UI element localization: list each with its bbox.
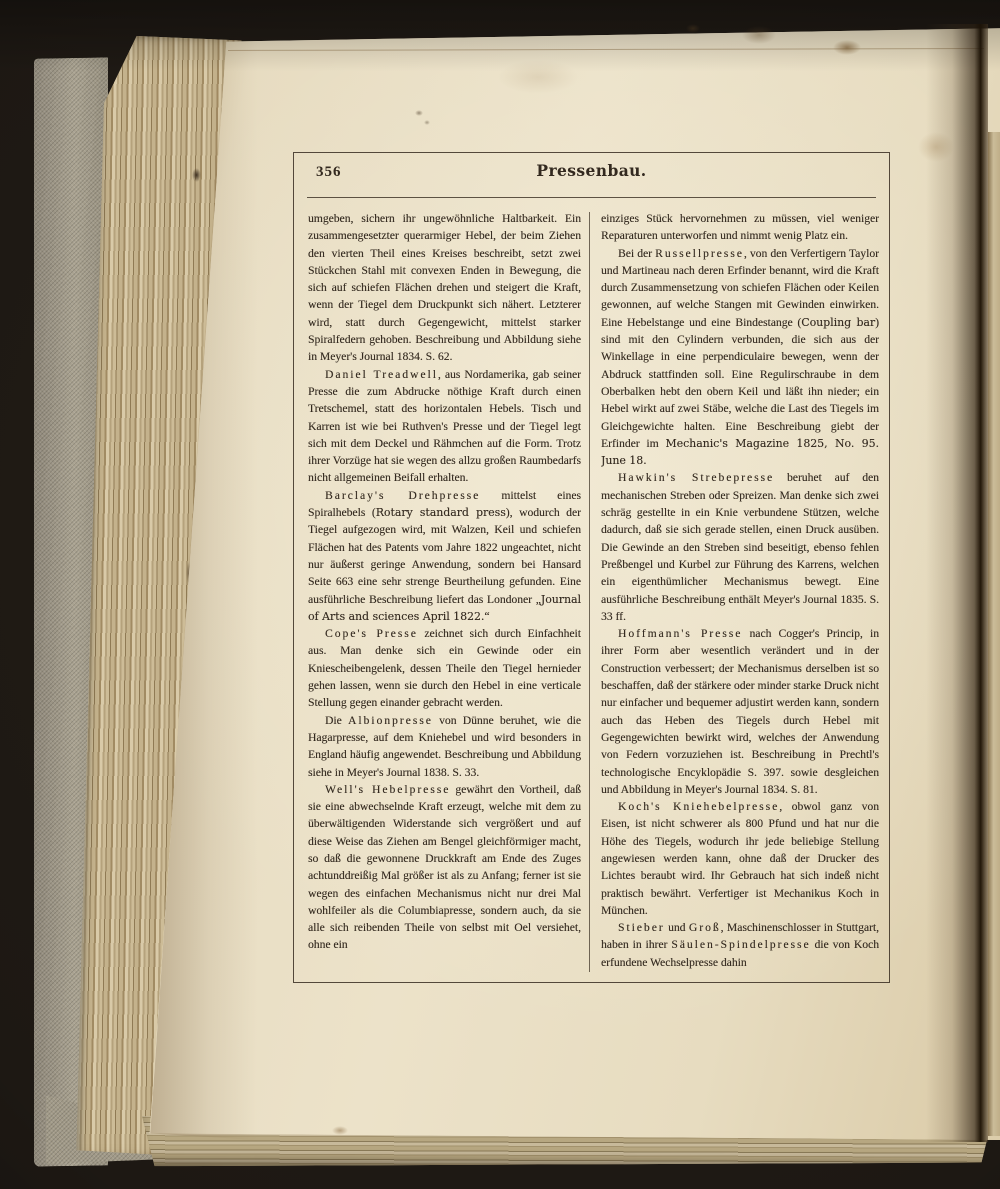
text-run: Die xyxy=(325,714,348,727)
spaced-name: Koch's Kniehebelpresse xyxy=(618,800,779,813)
paragraph: Daniel Treadwell, aus Nordamerika, gab s… xyxy=(308,366,581,487)
spaced-name: Cope's Presse xyxy=(325,627,418,640)
antiqua-run: Rotary standard press xyxy=(376,506,506,519)
paragraph: einziges Stück hervornehmen zu müssen, v… xyxy=(601,210,879,245)
spaced-name: Well's Hebelpresse xyxy=(325,783,450,796)
text-run: “ xyxy=(484,610,489,623)
paragraph: Barclay's Drehpresse mittelst eines Spir… xyxy=(308,487,581,625)
antiqua-run: Coupling bar xyxy=(801,316,875,329)
text-run: , obwol ganz von Eisen, ist nicht schwer… xyxy=(601,800,879,917)
column-right: einziges Stück hervornehmen zu müssen, v… xyxy=(601,210,879,977)
spaced-name: Groß xyxy=(689,921,721,934)
text-run: ) sind mit den Cylindern verbunden, die … xyxy=(601,316,879,450)
text-run: beruhet auf den mechanischen Streben ode… xyxy=(601,471,879,622)
spaced-name: Hoffmann's Presse xyxy=(618,627,742,640)
paragraph: Stieber und Groß, Maschinenschlosser in … xyxy=(601,919,879,971)
stain-spot xyxy=(192,168,201,182)
text-run: Bei der xyxy=(618,247,655,260)
running-title: Pressenbau. xyxy=(294,162,889,180)
facing-page-edge xyxy=(988,132,1000,1136)
spaced-name: Hawkin's Strebepresse xyxy=(618,471,774,484)
paragraph: Well's Hebelpresse gewährt den Vortheil,… xyxy=(308,781,581,954)
text-run: gewährt den Vortheil, daß sie eine abwec… xyxy=(308,783,581,952)
spaced-name: Säulen-Spindelpresse xyxy=(671,938,810,951)
text-run: einziges Stück hervornehmen zu müssen, v… xyxy=(601,212,879,242)
gutter-shadow xyxy=(926,24,988,1142)
spaced-name: Russellpresse xyxy=(655,247,744,260)
paragraph: umgeben, sichern ihr ungewöhnliche Haltb… xyxy=(308,210,581,366)
text-run: , aus Nordamerika, gab seiner Presse die… xyxy=(308,368,581,485)
spaced-name: Barclay's Drehpresse xyxy=(325,489,480,502)
paragraph: Die Albionpresse von Dünne beruhet, wie … xyxy=(308,712,581,781)
header-rule xyxy=(307,197,876,198)
paragraph: Hoffmann's Presse nach Cogger's Princip,… xyxy=(601,625,879,798)
printed-frame: 356 Pressenbau. umgeben, sichern ihr ung… xyxy=(293,152,890,983)
text-columns: umgeben, sichern ihr ungewöhnliche Haltb… xyxy=(308,210,879,977)
text-run: nach Cogger's Princip, in ihrer Form abe… xyxy=(601,627,879,796)
spaced-name: Daniel Treadwell xyxy=(325,368,438,381)
paragraph: Bei der Russellpresse, von den Verfertig… xyxy=(601,245,879,470)
text-run: ), wodurch der Tiegel aufgezogen wird, m… xyxy=(308,506,581,605)
paragraph: Koch's Kniehebelpresse, obwol ganz von E… xyxy=(601,798,879,919)
column-left: umgeben, sichern ihr ungewöhnliche Haltb… xyxy=(308,210,581,977)
paragraph: Hawkin's Strebepresse beruhet auf den me… xyxy=(601,469,879,625)
text-run: und xyxy=(665,921,689,934)
text-run: umgeben, sichern ihr ungewöhnliche Haltb… xyxy=(308,212,581,363)
paragraph: Cope's Presse zeichnet sich durch Einfac… xyxy=(308,625,581,711)
spaced-name: Stieber xyxy=(618,921,665,934)
column-divider xyxy=(589,212,590,972)
spaced-name: Albionpresse xyxy=(348,714,433,727)
